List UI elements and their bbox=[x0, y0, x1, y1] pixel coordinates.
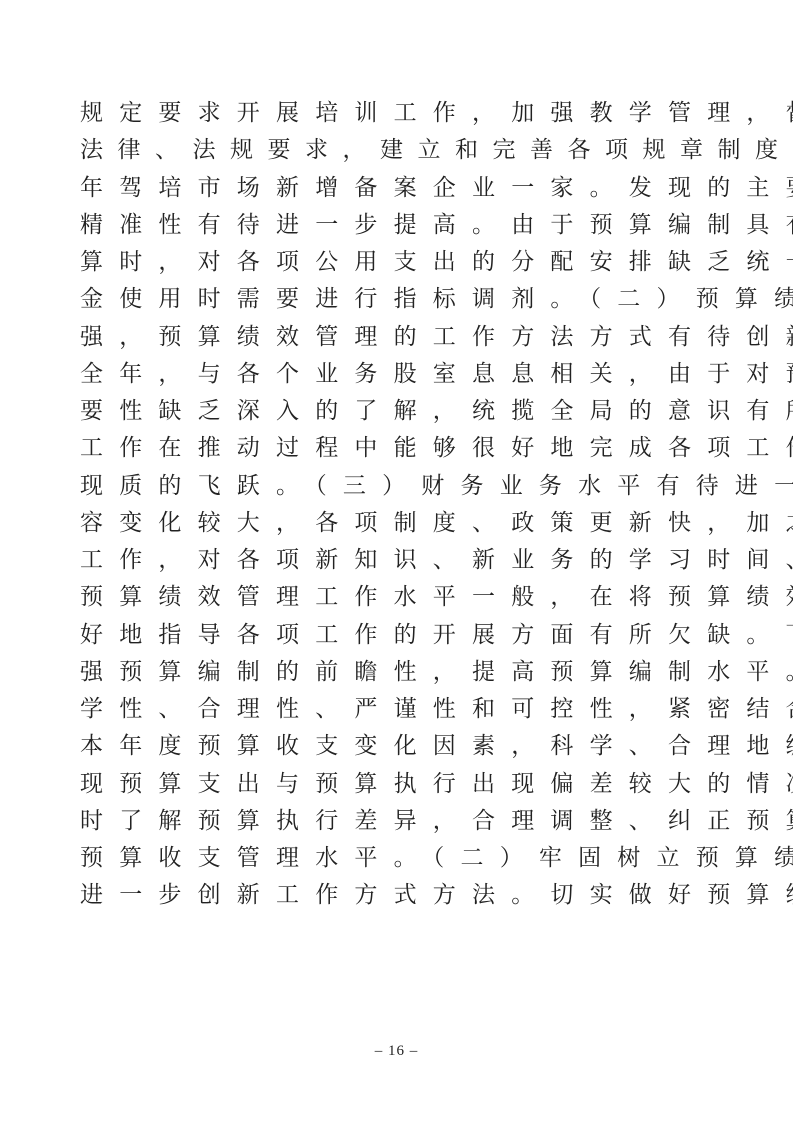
text-line: 年驾培市场新增备案企业一家。发现的主要问题及原因：（一）预算 bbox=[80, 170, 720, 207]
body-text: 规定要求开展培训工作，加强教学管理，督促培训机构按照国家相关 法律、法规要求，建… bbox=[80, 95, 720, 915]
text-line: 强预算编制的前瞻性，提高预算编制水平。进一步提高预算编制的科 bbox=[80, 654, 720, 691]
text-line: 现预算支出与预算执行出现偏差较大的情况。落实预算执行分析，及 bbox=[80, 766, 720, 803]
text-line: 精准性有待进一步提高。由于预算编制具有不可预见性，年初安排预 bbox=[80, 207, 720, 244]
text-line: 本年度预算收支变化因素，科学、合理地编制本年预算草案，避免出 bbox=[80, 728, 720, 765]
text-line: 算时，对各项公用支出的分配安排缺乏统一的硬性标准，导致部分资 bbox=[80, 244, 720, 281]
text-line: 强，预算绩效管理的工作方法方式有待创新。预算绩效管理工作贯穿 bbox=[80, 319, 720, 356]
text-line: 法律、法规要求，建立和完善各项规章制度，落实经营主体责任。2024 bbox=[80, 132, 720, 169]
text-line: 工作在推动过程中能够很好地完成各项工作任务，但工作质量难以实 bbox=[80, 430, 720, 467]
text-line: 容变化较大，各项制度、政策更新快，加之财务人员忙于琐碎的日常 bbox=[80, 505, 720, 542]
text-line: 要性缺乏深入的了解，统揽全局的意识有所欠缺，导致预算绩效管理 bbox=[80, 393, 720, 430]
document-page: 规定要求开展培训工作，加强教学管理，督促培训机构按照国家相关 法律、法规要求，建… bbox=[0, 0, 793, 1122]
text-line: 现质的飞跃。（三）财务业务水平有待进一步提高。由于财务工作内 bbox=[80, 468, 720, 505]
text-line: 全年，与各个业务股室息息相关，由于对预算绩效管理的全面性和重 bbox=[80, 356, 720, 393]
text-line: 预算绩效管理工作水平一般，在将预算绩效管理转化成工作成果，更 bbox=[80, 579, 720, 616]
text-line: 预算收支管理水平。（二）牢固树立预算绩效管理贯穿全局的理念， bbox=[80, 840, 720, 877]
text-line: 工作，对各项新知识、新业务的学习时间、精力有限，导致财务人员 bbox=[80, 542, 720, 579]
text-line: 规定要求开展培训工作，加强教学管理，督促培训机构按照国家相关 bbox=[80, 95, 720, 132]
text-line: 好地指导各项工作的开展方面有所欠缺。下一步改进措施：（一）加 bbox=[80, 617, 720, 654]
text-line: 学性、合理性、严谨性和可控性，紧密结合上一年度预算执行情况和 bbox=[80, 691, 720, 728]
text-line: 时了解预算执行差异，合理调整、纠正预算执行偏差，切实提高部门 bbox=[80, 803, 720, 840]
text-line: 金使用时需要进行指标调剂。（二）预算绩效管理意识有待进一步加 bbox=[80, 281, 720, 318]
text-line: 进一步创新工作方式方法。切实做好预算绩效管理的上传下达工作， bbox=[80, 877, 720, 914]
page-number: – 16 – bbox=[0, 1043, 793, 1060]
